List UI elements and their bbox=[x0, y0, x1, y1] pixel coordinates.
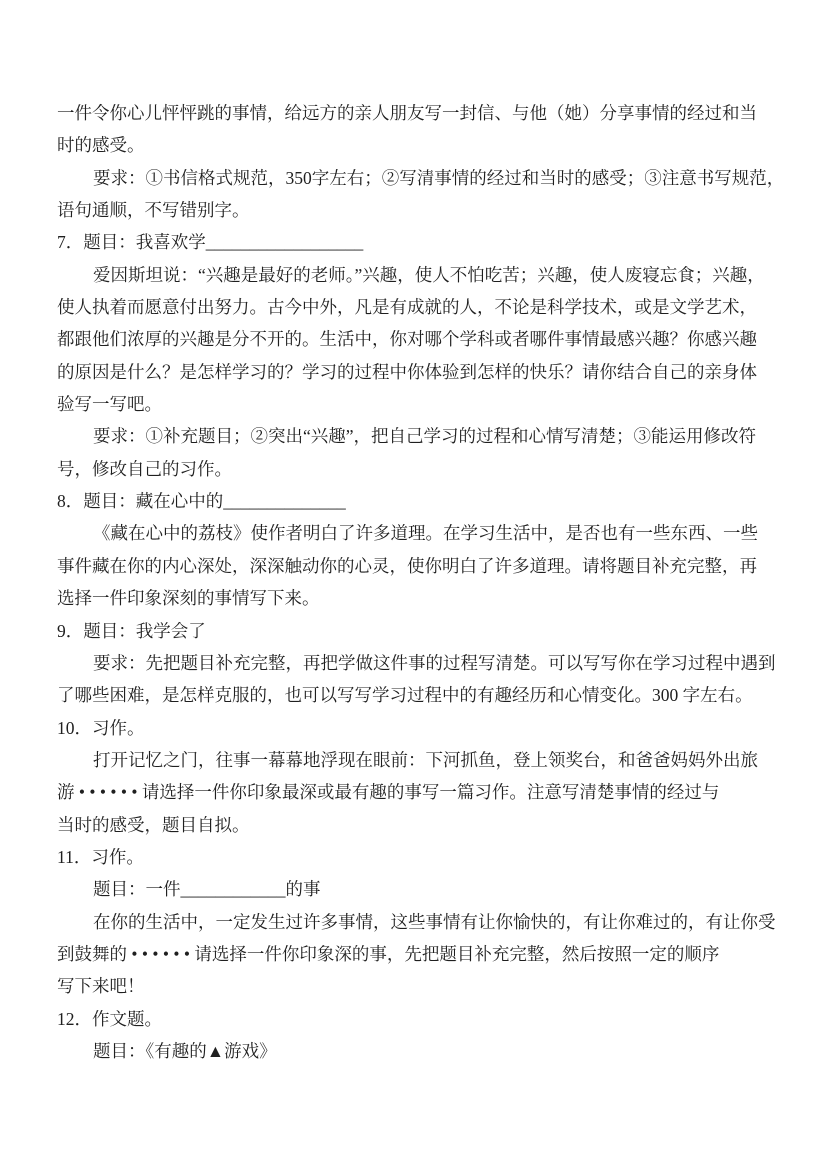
text-line: 当时的感受，题目自拟。 bbox=[57, 809, 769, 841]
text-line: 题目：《有趣的▲游戏》 bbox=[57, 1035, 769, 1067]
text-line: 都跟他们浓厚的兴趣是分不开的。生活中，你对哪个学科或者哪件事情最感兴趣？你感兴趣 bbox=[57, 323, 769, 355]
text-line: 验写一写吧。 bbox=[57, 388, 769, 420]
text-line: 一件令你心儿怦怦跳的事情，给远方的亲人朋友写一封信、与他（她）分享事情的经过和当 bbox=[57, 97, 769, 129]
text-line: 了哪些困难，是怎样克服的，也可以写写学习过程中的有趣经历和心情变化。300 字左… bbox=[57, 679, 769, 711]
text-line: 题目：一件____________的事 bbox=[57, 873, 769, 905]
document-body: 一件令你心儿怦怦跳的事情，给远方的亲人朋友写一封信、与他（她）分享事情的经过和当… bbox=[57, 97, 769, 1067]
text-line: 爱因斯坦说：“兴趣是最好的老师。”兴趣，使人不怕吃苦；兴趣，使人废寝忘食；兴趣， bbox=[57, 259, 769, 291]
text-line: 在你的生活中，一定发生过许多事情，这些事情有让你愉快的，有让你难过的，有让你受 bbox=[57, 906, 769, 938]
text-line: 使人执着而愿意付出努力。古今中外，凡是有成就的人，不论是科学技术，或是文学艺术， bbox=[57, 291, 769, 323]
text-line: 事件藏在你的内心深处，深深触动你的心灵，使你明白了许多道理。请将题目补充完整，再 bbox=[57, 550, 769, 582]
text-line: 到鼓舞的 • • • • • • 请选择一件你印象深的事，先把题目补充完整，然后… bbox=[57, 938, 769, 970]
text-line-item-7-title: 7．题目：我喜欢学__________________ bbox=[57, 226, 769, 258]
text-line: 写下来吧！ bbox=[57, 970, 769, 1002]
text-line-item-12-title: 12．作文题。 bbox=[57, 1003, 769, 1035]
text-line: 时的感受。 bbox=[57, 129, 769, 161]
text-line: 《藏在心中的荔枝》使作者明白了许多道理。在学习生活中，是否也有一些东西、一些 bbox=[57, 517, 769, 549]
text-line: 要求：①补充题目；②突出“兴趣”，把自己学习的过程和心情写清楚；③能运用修改符 bbox=[57, 420, 769, 452]
text-line-item-9-title: 9．题目：我学会了 bbox=[57, 615, 769, 647]
text-line-item-10-title: 10．习作。 bbox=[57, 712, 769, 744]
text-line-item-8-title: 8．题目：藏在心中的______________ bbox=[57, 485, 769, 517]
text-line: 游 • • • • • • 请选择一件你印象最深或最有趣的事写一篇习作。注意写清… bbox=[57, 776, 769, 808]
text-line: 打开记忆之门，往事一幕幕地浮现在眼前：下河抓鱼，登上领奖台，和爸爸妈妈外出旅 bbox=[57, 744, 769, 776]
text-line: 的原因是什么？是怎样学习的？学习的过程中你体验到怎样的快乐？请你结合自己的亲身体 bbox=[57, 356, 769, 388]
text-line: 语句通顺，不写错别字。 bbox=[57, 194, 769, 226]
text-line: 要求：先把题目补充完整，再把学做这件事的过程写清楚。可以写写你在学习过程中遇到 bbox=[57, 647, 769, 679]
text-line: 号，修改自己的习作。 bbox=[57, 453, 769, 485]
text-line: 要求：①书信格式规范，350字左右；②写清事情的经过和当时的感受；③注意书写规范… bbox=[57, 162, 769, 194]
text-line: 选择一件印象深刻的事情写下来。 bbox=[57, 582, 769, 614]
text-line-item-11-title: 11．习作。 bbox=[57, 841, 769, 873]
document-page: 一件令你心儿怦怦跳的事情，给远方的亲人朋友写一封信、与他（她）分享事情的经过和当… bbox=[0, 0, 826, 1169]
